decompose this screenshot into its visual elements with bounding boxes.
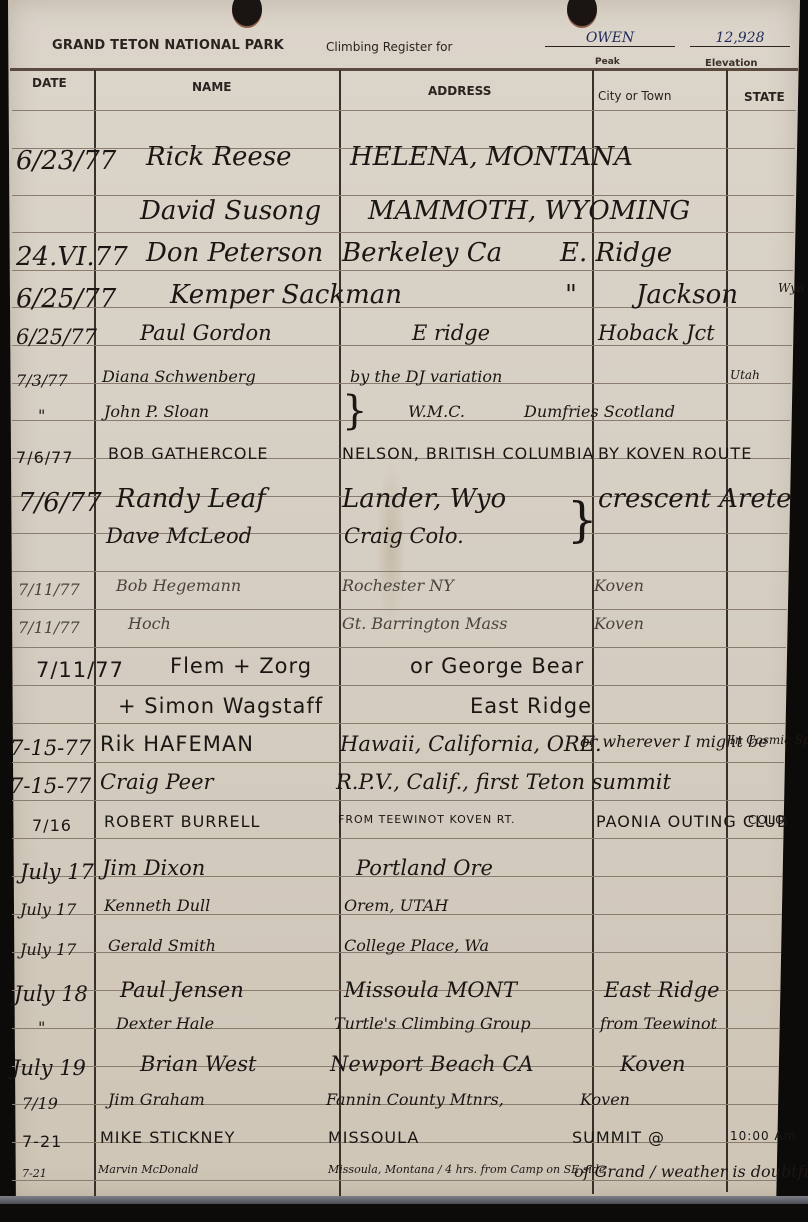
- entry-date: 7/19: [22, 1096, 58, 1112]
- entry-date: 7/11/77: [18, 620, 80, 636]
- entry-city: East Ridge: [604, 980, 720, 1001]
- entry-date: 7-15-77: [10, 738, 91, 759]
- entry-address: by the DJ variation: [350, 369, 502, 385]
- entry-city: E. Ridge: [560, 240, 672, 266]
- entry-date: 7/6/77: [18, 490, 102, 516]
- entry-state: 10:00 Am: [730, 1130, 796, 1142]
- entry-date: 6/25/77: [16, 286, 116, 312]
- entry-city: SUMMIT @: [572, 1130, 665, 1146]
- entry-address: Craig Colo.: [344, 526, 464, 547]
- entry-address: Missoula, Montana / 4 hrs. from Camp on …: [328, 1164, 605, 1175]
- ruled-line: [12, 571, 788, 572]
- entry-name: Craig Peer: [100, 772, 214, 793]
- entry-name: Jim Graham: [108, 1092, 205, 1108]
- entry-date: July 19: [12, 1058, 86, 1079]
- ruled-line: [12, 838, 783, 839]
- entry-city: BY KOVEN ROUTE: [598, 446, 752, 462]
- entry-address: MAMMOTH, WYOMING: [368, 198, 690, 224]
- header-date: DATE: [32, 76, 67, 90]
- entry-name: Kemper Sackman: [170, 282, 402, 308]
- entry-city: Koven: [594, 616, 644, 632]
- entry-date: July 17: [20, 902, 76, 918]
- entry-name: Hoch: [128, 616, 171, 632]
- peak-name: OWEN: [545, 30, 675, 47]
- entry-city: of Grand / weather is doubtful: [574, 1164, 808, 1180]
- entry-city: Jackson: [636, 282, 738, 308]
- ruled-line: [12, 270, 793, 271]
- entry-date: 6/23/77: [16, 148, 116, 174]
- entry-state: In Cosmic Space: [730, 734, 808, 746]
- ruled-line: [12, 345, 792, 346]
- table-top-rule: [10, 68, 798, 71]
- entry-name: Flem + Zorg: [170, 656, 312, 677]
- entry-name: Jim Dixon: [102, 858, 205, 879]
- entry-address: Missoula MONT: [344, 980, 517, 1001]
- clipboard-edge: [0, 1196, 808, 1204]
- entry-name: Paul Jensen: [120, 980, 244, 1001]
- entry-name: ROBERT BURRELL: [104, 814, 260, 830]
- entry-date: ": [38, 408, 45, 424]
- entry-date: 6/25/77: [16, 327, 97, 348]
- entry-date: July 18: [14, 984, 88, 1005]
- entry-name: Paul Gordon: [140, 323, 272, 344]
- entry-name: Gerald Smith: [108, 938, 216, 954]
- entry-name: Don Peterson: [146, 240, 323, 266]
- header-name: NAME: [192, 80, 231, 94]
- entry-name: David Susong: [140, 198, 321, 224]
- entry-date: July 17: [20, 862, 94, 883]
- entry-date: July 17: [20, 942, 76, 958]
- entry-address: Turtle's Climbing Group: [334, 1016, 531, 1032]
- brace-mark: }: [342, 388, 367, 434]
- entry-address: MISSOULA: [328, 1130, 419, 1146]
- ruled-line: [12, 800, 784, 801]
- entry-address: Berkeley Ca: [342, 240, 502, 266]
- ruled-line: [12, 609, 787, 610]
- entry-address: FROM TEEWINOT KOVEN RT.: [338, 814, 516, 825]
- entry-name: Rik HAFEMAN: [100, 734, 254, 755]
- entry-name: John P. Sloan: [104, 404, 209, 420]
- header-address: ADDRESS: [428, 84, 491, 98]
- park-name: GRAND TETON NATIONAL PARK: [52, 38, 284, 53]
- entry-address: E ridge: [412, 323, 490, 344]
- entry-address: Gt. Barrington Mass: [342, 616, 507, 632]
- ruled-line: [12, 232, 794, 233]
- entry-name: MIKE STICKNEY: [100, 1130, 235, 1146]
- entry-date: 7/3/77: [16, 373, 68, 389]
- entry-address: Orem, UTAH: [344, 898, 448, 914]
- entry-address: or George Bear: [410, 656, 584, 677]
- entry-city: Koven: [594, 578, 644, 594]
- entry-address: Lander, Wyo: [342, 486, 506, 512]
- entry-address: Rochester NY: [342, 578, 454, 594]
- entry-address: Fannin County Mtnrs,: [326, 1092, 504, 1108]
- entry-address: Newport Beach CA: [330, 1054, 534, 1075]
- ruled-line: [12, 762, 784, 763]
- ruled-line: [12, 685, 786, 686]
- entry-name: Dexter Hale: [116, 1016, 214, 1032]
- entry-name: Rick Reese: [146, 144, 292, 170]
- entry-address: W.M.C.: [408, 404, 465, 420]
- entry-address: HELENA, MONTANA: [350, 144, 633, 170]
- register-label: Climbing Register for: [326, 40, 452, 54]
- entry-address: ": [565, 282, 577, 308]
- entry-date: ": [38, 1020, 45, 1036]
- entry-address: Portland Ore: [356, 858, 493, 879]
- entry-city: Hoback Jct: [598, 323, 715, 344]
- entry-date: 7/16: [32, 818, 72, 834]
- entry-address: NELSON, BRITISH COLUMBIA: [342, 446, 595, 462]
- entry-address: Hawaii, California, ORE.: [340, 734, 602, 755]
- header-state: STATE: [744, 90, 785, 104]
- ruled-line: [12, 647, 786, 648]
- entry-address: College Place, Wa: [344, 938, 489, 954]
- entry-state: COLO.: [748, 814, 790, 826]
- entry-date: 7-21: [22, 1168, 47, 1179]
- entry-date: 24.VI.77: [16, 244, 128, 270]
- entry-city: from Teewinot: [600, 1016, 717, 1032]
- entry-city: Dumfries Scotland: [524, 404, 675, 420]
- entry-state: Utah: [730, 369, 760, 381]
- header-city: City or Town: [598, 89, 671, 103]
- entry-name: Randy Leaf: [116, 486, 266, 512]
- entry-name: Bob Hegemann: [116, 578, 241, 594]
- entry-address: R.P.V., Calif., first Teton summit: [336, 772, 671, 793]
- entry-name: Kenneth Dull: [104, 898, 210, 914]
- entry-city: Koven: [620, 1054, 686, 1075]
- ruled-line: [12, 723, 785, 724]
- entry-city: Koven: [580, 1092, 630, 1108]
- peak-elevation: 12,928: [690, 30, 790, 47]
- entry-date: 7/11/77: [18, 582, 80, 598]
- entry-date: 7-21: [22, 1134, 62, 1150]
- ruled-line: [12, 110, 796, 111]
- entry-name: Marvin McDonald: [98, 1164, 198, 1175]
- entry-city: crescent Arete: [598, 486, 792, 512]
- entry-state: Wyo: [778, 282, 804, 294]
- entry-name: Diana Schwenberg: [102, 369, 256, 385]
- entry-date: 7/6/77: [16, 450, 74, 466]
- entry-name: + Simon Wagstaff: [118, 696, 323, 717]
- entry-date: 7-15-77: [10, 776, 91, 797]
- entry-name: BOB GATHERCOLE: [108, 446, 268, 462]
- entry-name: Brian West: [140, 1054, 256, 1075]
- entry-date: 7/11/77: [36, 660, 124, 681]
- entry-address: East Ridge: [470, 696, 592, 717]
- peak-caption: Peak: [595, 57, 620, 67]
- entry-name: Dave McLeod: [106, 526, 252, 547]
- column-divider-city: [726, 70, 728, 1192]
- brace-mark: }: [567, 492, 598, 548]
